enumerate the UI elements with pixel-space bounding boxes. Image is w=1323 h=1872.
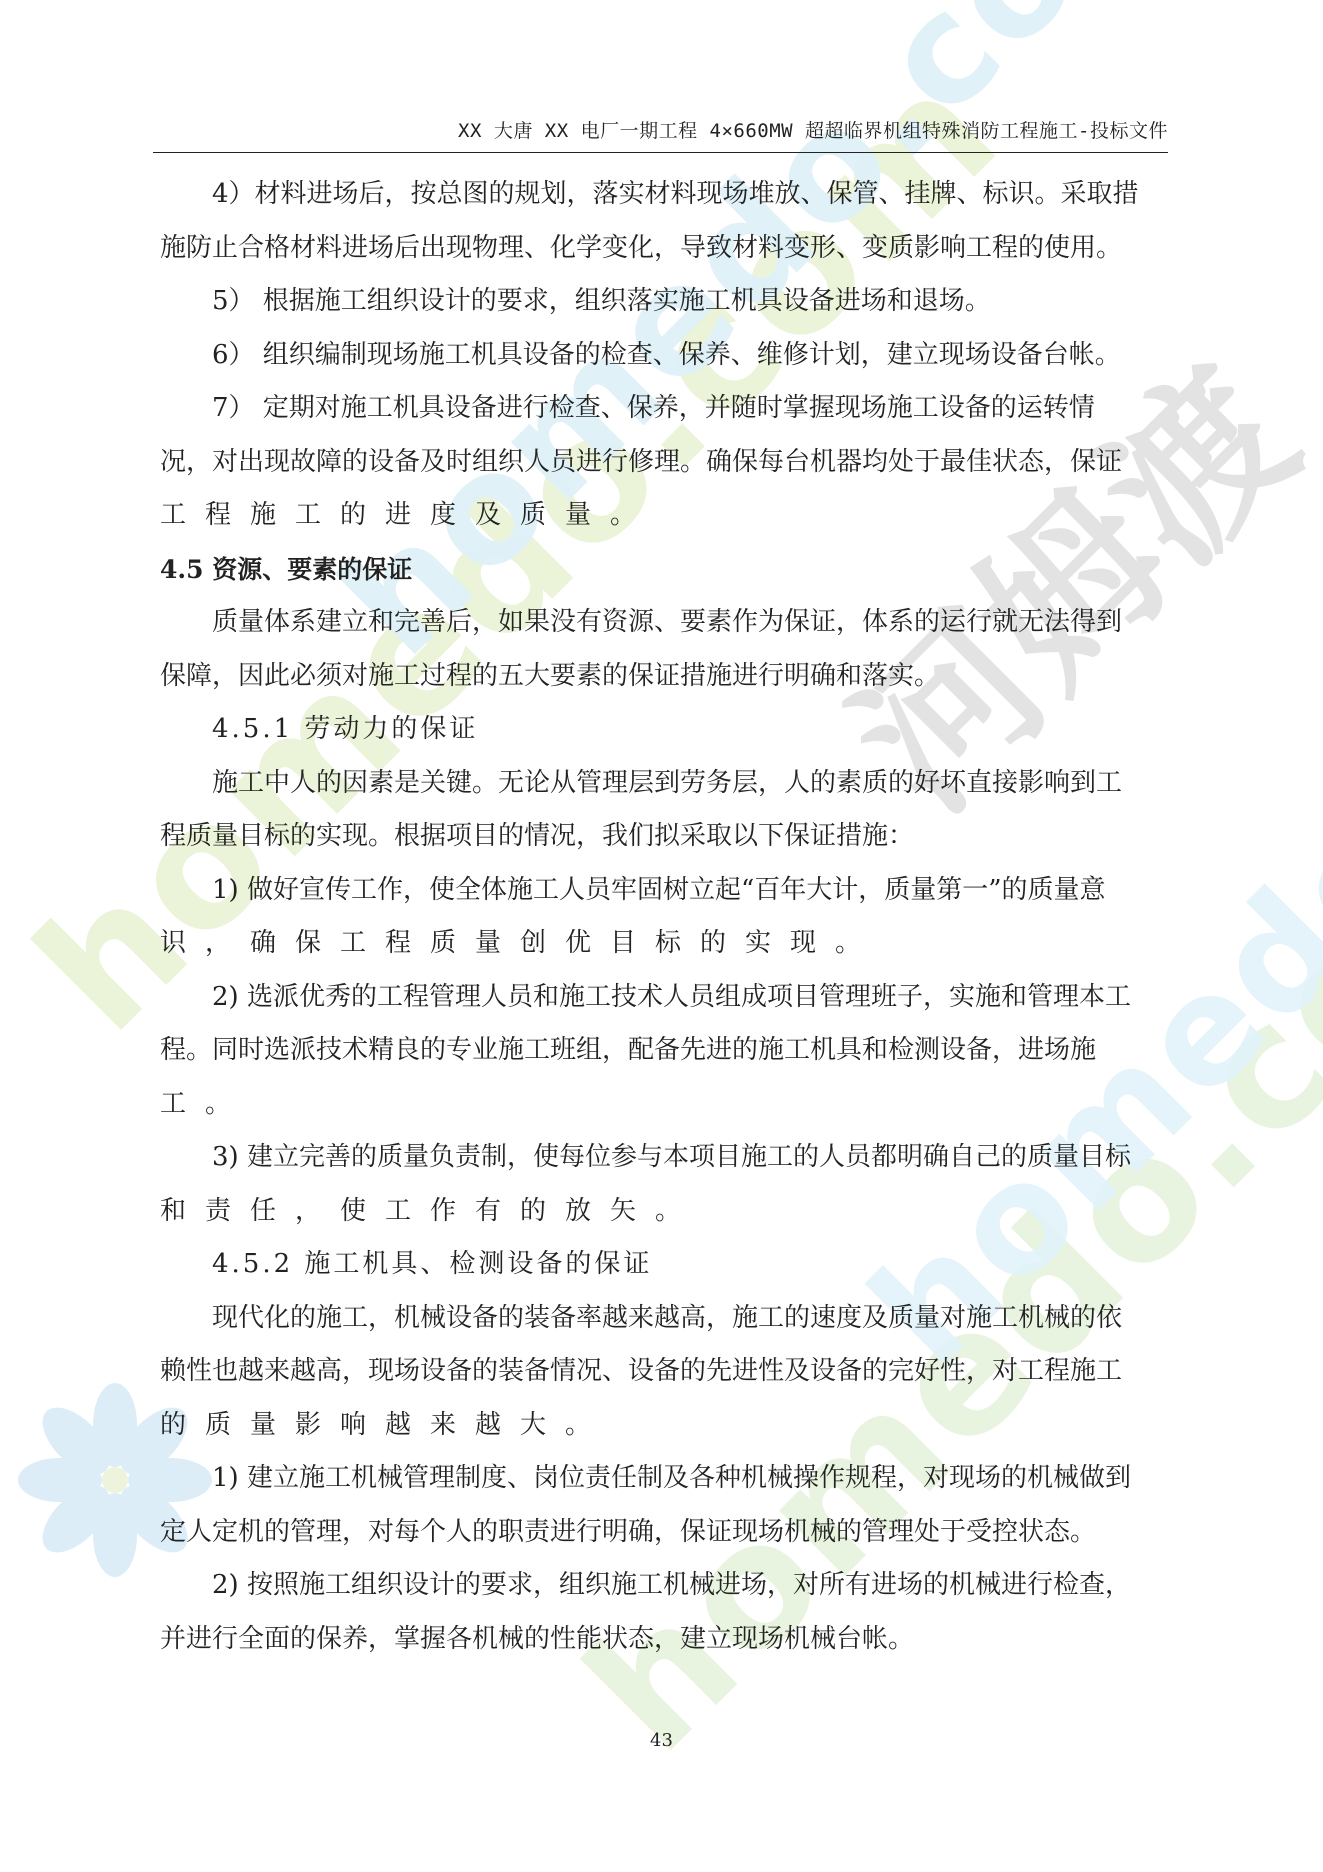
- paragraph-line: 3) 建立完善的质量负责制，使每位参与本项目施工的人员都明确自己的质量目标: [160, 1131, 1168, 1185]
- running-header: XX 大唐 XX 电厂一期工程 4×660MW 超超临界机组特殊消防工程施工-投…: [153, 116, 1168, 143]
- paragraph-line: 1) 建立施工机械管理制度、岗位责任制及各种机械操作规程，对现场的机械做到: [160, 1452, 1168, 1506]
- document-body: 4）材料进场后，按总图的规划，落实材料现场堆放、保管、挂牌、标识。采取措 施防止…: [160, 168, 1168, 1666]
- paragraph-line: 识，确保工程质量创优目标的实现。: [160, 917, 1168, 971]
- paragraph-line: 并进行全面的保养，掌握各机械的性能状态，建立现场机械台帐。: [160, 1613, 1168, 1667]
- paragraph-line: 程。同时选派技术精良的专业施工班组，配备先进的施工机具和检测设备，进场施: [160, 1024, 1168, 1078]
- paragraph-line: 1) 做好宣传工作，使全体施工人员牢固树立起“百年大计，质量第一”的质量意: [160, 864, 1168, 918]
- paragraph-line: 程质量目标的实现。根据项目的情况，我们拟采取以下保证措施：: [160, 810, 1168, 864]
- paragraph-line: 工程施工的进度及质量。: [160, 489, 1168, 543]
- paragraph-line: 4）材料进场后，按总图的规划，落实材料现场堆放、保管、挂牌、标识。采取措: [160, 168, 1168, 222]
- paragraph-line: 施工中人的因素是关键。无论从管理层到劳务层，人的素质的好坏直接影响到工: [160, 757, 1168, 811]
- subsection-heading: 4.5.1 劳动力的保证: [160, 703, 1168, 757]
- page-number: 43: [0, 1730, 1323, 1751]
- subsection-heading: 4.5.2 施工机具、检测设备的保证: [160, 1238, 1168, 1292]
- paragraph-line: 的质量影响越来越大。: [160, 1399, 1168, 1453]
- header-divider: [153, 152, 1168, 153]
- paragraph-line: 5） 根据施工组织设计的要求，组织落实施工机具设备进场和退场。: [160, 275, 1168, 329]
- paragraph-line: 施防止合格材料进场后出现物理、化学变化，导致材料变形、变质影响工程的使用。: [160, 222, 1168, 276]
- paragraph-line: 2) 按照施工组织设计的要求，组织施工机械进场，对所有进场的机械进行检查，: [160, 1559, 1168, 1613]
- paragraph-line: 和责任，使工作有的放矢。: [160, 1185, 1168, 1239]
- paragraph-line: 况，对出现故障的设备及时组织人员进行修理。确保每台机器均处于最佳状态，保证: [160, 436, 1168, 490]
- paragraph-line: 定人定机的管理，对每个人的职责进行明确，保证现场机械的管理处于受控状态。: [160, 1506, 1168, 1560]
- paragraph-line: 赖性也越来越高，现场设备的装备情况、设备的先进性及设备的完好性，对工程施工: [160, 1345, 1168, 1399]
- document-page: XX 大唐 XX 电厂一期工程 4×660MW 超超临界机组特殊消防工程施工-投…: [0, 0, 1323, 1872]
- paragraph-line: 质量体系建立和完善后，如果没有资源、要素作为保证，体系的运行就无法得到: [160, 596, 1168, 650]
- paragraph-line: 2) 选派优秀的工程管理人员和施工技术人员组成项目管理班子，实施和管理本工: [160, 971, 1168, 1025]
- paragraph-line: 工。: [160, 1078, 1168, 1132]
- paragraph-line: 现代化的施工，机械设备的装备率越来越高，施工的速度及质量对施工机械的依: [160, 1292, 1168, 1346]
- paragraph-line: 7） 定期对施工机具设备进行检查、保养，并随时掌握现场施工设备的运转情: [160, 382, 1168, 436]
- section-heading: 4.5 资源、要素的保证: [160, 543, 1168, 597]
- paragraph-line: 6） 组织编制现场施工机具设备的检查、保养、维修计划，建立现场设备台帐。: [160, 329, 1168, 383]
- paragraph-line: 保障，因此必须对施工过程的五大要素的保证措施进行明确和落实。: [160, 650, 1168, 704]
